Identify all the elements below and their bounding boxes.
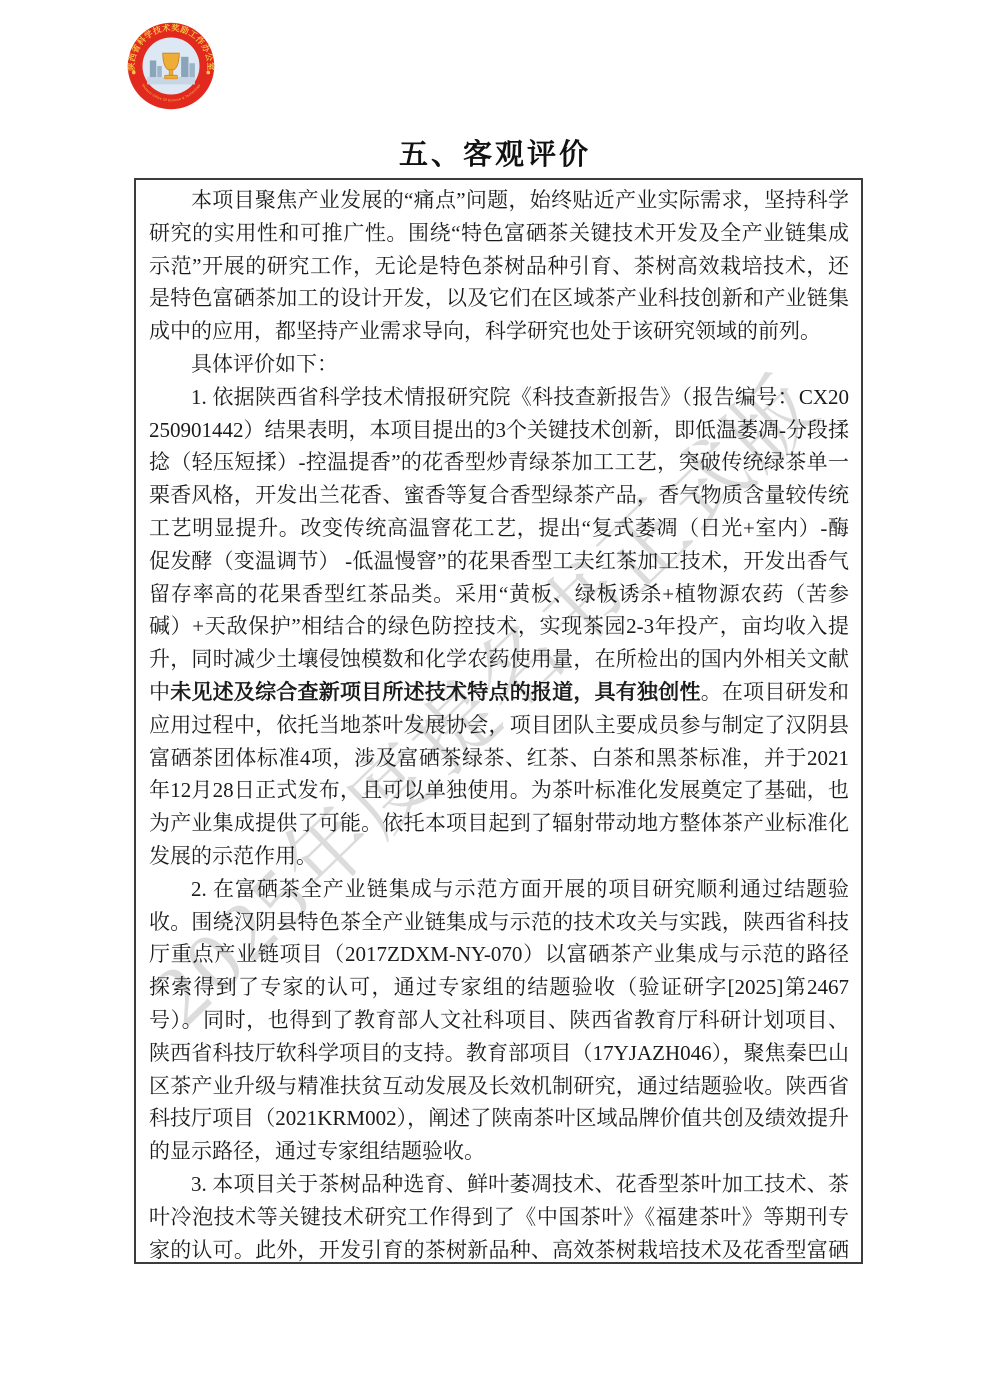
paragraph-item-1-bold-text: 未见述及综合查新项目所述技术特点的报道，具有独创性: [170, 680, 700, 704]
seal-left-star-icon: [132, 71, 136, 75]
evaluation-box-inner: 本项目聚焦产业发展的“痛点”问题，始终贴近产业实际需求，坚持科学研究的实用性和可…: [136, 180, 861, 1264]
evaluation-box: 本项目聚焦产业发展的“痛点”问题，始终贴近产业实际需求，坚持科学研究的实用性和可…: [134, 178, 863, 1264]
paragraph-item-3-text: 3. 本项目关于茶树品种选育、鲜叶萎凋技术、花香型茶叶加工技术、茶叶冷泡技术等关…: [149, 1172, 849, 1264]
paragraph-lead-in-text: 具体评价如下：: [191, 352, 338, 376]
paragraph-item-2-text: 2. 在富硒茶全产业链集成与示范方面开展的项目研究顺利通过结题验收。围绕汉阴县特…: [149, 877, 849, 1163]
paragraph-item-3: 3. 本项目关于茶树品种选育、鲜叶萎凋技术、花香型茶叶加工技术、茶叶冷泡技术等关…: [149, 1168, 849, 1264]
paragraph-intro: 本项目聚焦产业发展的“痛点”问题，始终贴近产业实际需求，坚持科学研究的实用性和可…: [149, 184, 849, 348]
seal-right-star-icon: [206, 71, 210, 75]
paragraph-item-2: 2. 在富硒茶全产业链集成与示范方面开展的项目研究顺利通过结题验收。围绕汉阴县特…: [149, 873, 849, 1168]
seal-trophy-icon: [163, 53, 180, 79]
seal-graphic: 陕西省科学技术奖励工作办公室 Shaanxi Office Of Science…: [125, 20, 217, 112]
award-office-seal: 陕西省科学技术奖励工作办公室 Shaanxi Office Of Science…: [125, 20, 217, 112]
paragraph-item-1-text: 1. 依据陕西省科学技术情报研究院《科技查新报告》（报告编号：CX2025090…: [149, 385, 849, 704]
paragraph-item-1-text-cont: 。在项目研发和应用过程中，依托当地茶叶发展协会，项目团队主要成员参与制定了汉阴县…: [149, 680, 849, 868]
paragraph-intro-text: 本项目聚焦产业发展的“痛点”问题，始终贴近产业实际需求，坚持科学研究的实用性和可…: [149, 188, 849, 343]
page-title: 五、客观评价: [0, 132, 990, 173]
paragraph-item-1: 1. 依据陕西省科学技术情报研究院《科技查新报告》（报告编号：CX2025090…: [149, 381, 849, 873]
paragraph-lead-in: 具体评价如下：: [149, 348, 849, 381]
